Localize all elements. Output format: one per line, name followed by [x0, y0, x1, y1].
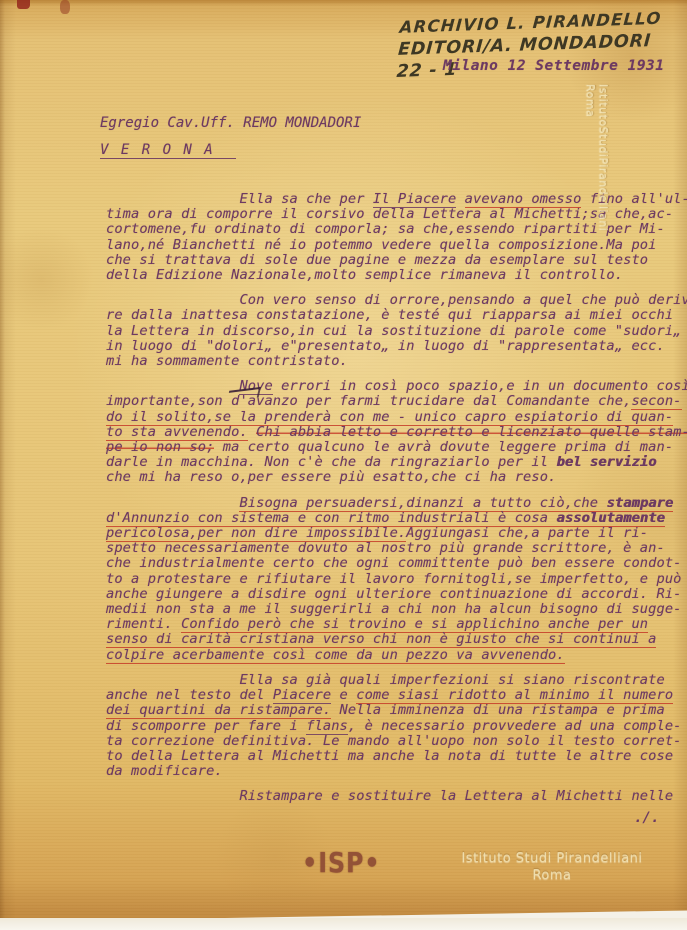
paragraph: Con vero senso di orrore,pensando a quel… — [106, 293, 684, 369]
typed-line: Ristampare e sostituire la Lettera al Mi… — [106, 789, 684, 804]
blind-stamp-line-2: Roma — [452, 867, 652, 884]
paragraph: Ristampare e sostituire la Lettera al Mi… — [106, 789, 684, 804]
typed-line: re dalla inattesa constatazione, è testé… — [106, 308, 684, 323]
typed-line: do il solito,se la prenderà con me - uni… — [106, 410, 684, 425]
paragraph: Nove errori in così poco spazio,e in un … — [106, 379, 684, 485]
letter-body: Ella sa che per Il Piacere avevano omess… — [106, 192, 684, 815]
typed-line: da modificare. — [106, 764, 684, 779]
typed-line: anche nel testo del Piacere e come siasi… — [106, 688, 684, 703]
annotation-line-2: EDITORI/A. MONDADORI 22 - 1 — [396, 29, 679, 83]
typed-line: anche giungere a disdire ogni ulteriore … — [106, 587, 684, 602]
typed-line: pericolosa,per non dire impossibile.Aggi… — [106, 526, 684, 541]
vertical-blind-stamp: IstitutoStudiPirandelliani Roma — [584, 84, 610, 224]
typed-line: to a protestare e rifiutare il lavoro fo… — [106, 572, 684, 587]
typed-line: in luogo di "dolori„ e"presentato„ in lu… — [106, 339, 684, 354]
paragraph: Bisogna persuadersi,dinanzi a tutto ciò,… — [106, 496, 684, 663]
typed-line: che si trattava di sole due pagine e mez… — [106, 253, 684, 268]
typed-line: la Lettera in discorso,in cui la sostitu… — [106, 324, 684, 339]
paper-stain-mark — [60, 0, 70, 14]
scanned-letter-page: { "colors": { "ink": "#6d3a62", "red_pen… — [0, 0, 687, 930]
typed-line: medii non sta a me il suggerirli a chi n… — [106, 602, 684, 617]
typed-line: senso di carità cristiana verso chi non … — [106, 632, 684, 647]
recipient-city: V E R O N A — [100, 143, 236, 159]
typed-line: che industrialmente certo che ogni commi… — [106, 556, 684, 571]
typed-line: importante,son d'avanzo per farmi trucid… — [106, 394, 684, 409]
recipient-name: Egregio Cav.Uff. REMO MONDADORI — [100, 116, 361, 131]
blind-stamp: Istituto Studi Pirandelliani Roma — [452, 850, 652, 884]
blind-stamp-line-1: Istituto Studi Pirandelliani — [452, 850, 652, 867]
typed-line: d'Annunzio con sistema e con ritmo indus… — [106, 511, 684, 526]
paragraph: Ella sa già quali imperfezioni si siano … — [106, 673, 684, 779]
typed-line: lano,né Bianchetti né io potemmo vedere … — [106, 238, 684, 253]
letter-paper: ARCHIVIO L. PIRANDELLO EDITORI/A. MONDAD… — [0, 0, 687, 930]
typed-line: to sta avvenendo. Chi abbia letto e corr… — [106, 425, 684, 440]
typed-line: Nove errori in così poco spazio,e in un … — [106, 379, 684, 394]
letter-date: Milano 12 Settembre 1931 — [443, 58, 665, 74]
scanner-background — [0, 918, 687, 930]
typed-line: to della Lettera al Michetti ma anche la… — [106, 749, 684, 764]
typed-line: di scomporre per fare i flans, è necessa… — [106, 719, 684, 734]
typed-line: della Edizione Nazionale,molto semplice … — [106, 268, 684, 283]
isp-stamp: •ISP• — [302, 846, 380, 878]
typed-line: dei quartini da ristampare. Nella immine… — [106, 703, 684, 718]
typed-line: ta correzione definitiva. Le mando all'u… — [106, 734, 684, 749]
typed-line: Bisogna persuadersi,dinanzi a tutto ciò,… — [106, 496, 684, 511]
recipient-block: Egregio Cav.Uff. REMO MONDADORI V E R O … — [100, 116, 361, 159]
typed-line: che mi ha reso o,per essere più esatto,c… — [106, 470, 684, 485]
red-edge-mark — [17, 0, 30, 9]
typed-line: mi ha sommamente contristato. — [106, 354, 684, 369]
typed-line: colpire acerbamente così come da un pezz… — [106, 648, 684, 663]
typed-line: Ella sa già quali imperfezioni si siano … — [106, 673, 684, 688]
typed-line: pe io non so; ma certo qualcuno le avrà … — [106, 440, 684, 455]
continuation-mark: ./. — [634, 810, 659, 826]
